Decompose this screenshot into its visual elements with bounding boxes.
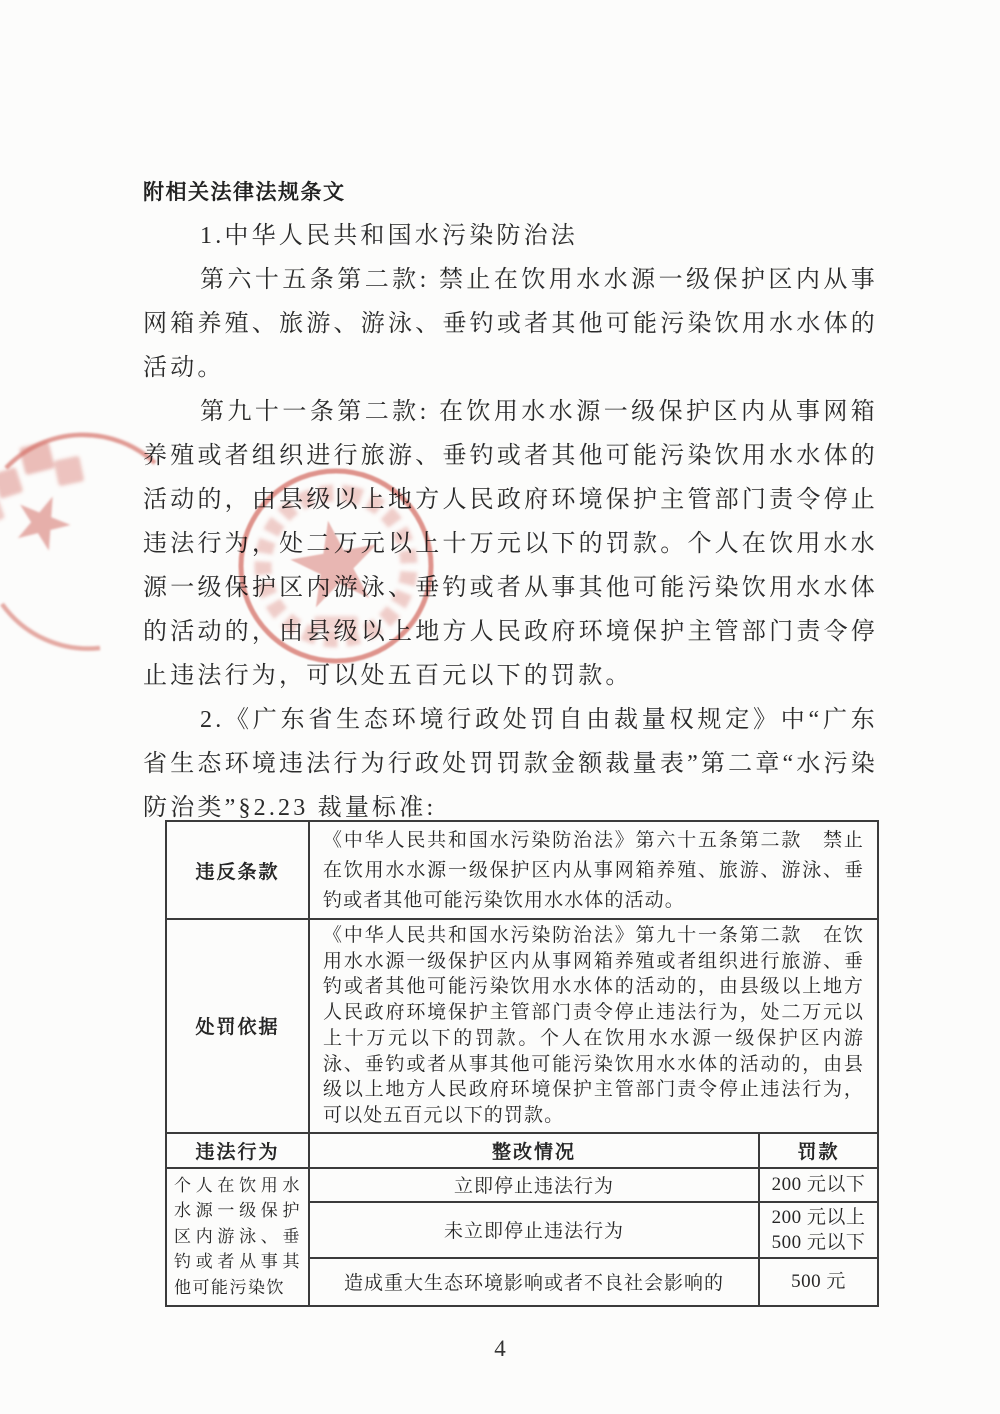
penalty-basis-content: 《中华人民共和国水污染防治法》第九十一条第二款 在饮用水水源一级保护区内从事网箱… <box>309 919 878 1133</box>
penalty-basis-label: 处罚依据 <box>166 919 309 1133</box>
paragraph-law-title: 1.中华人民共和国水污染防治法 <box>143 214 878 258</box>
violated-clause-label: 违反条款 <box>166 821 309 919</box>
scanned-document-page: 附相关法律法规条文 1.中华人民共和国水污染防治法 第六十五条第二款: 禁止在饮… <box>0 0 1000 1414</box>
paragraph-guangdong-regulation: 2.《广东省生态环境行政处罚自由裁量权规定》中“广东省生态环境违法行为行政处罚罚… <box>143 698 878 830</box>
section-heading: 附相关法律法规条文 <box>143 170 878 214</box>
situation-cell: 未立即停止违法行为 <box>309 1202 759 1258</box>
paragraph-article-65: 第六十五条第二款: 禁止在饮用水水源一级保护区内从事网箱养殖、旅游、游泳、垂钓或… <box>143 258 878 390</box>
situation-cell: 立即停止违法行为 <box>309 1168 759 1202</box>
header-situation: 整改情况 <box>309 1133 759 1168</box>
header-violation: 违法行为 <box>166 1133 309 1168</box>
paragraph-article-91: 第九十一条第二款: 在饮用水水源一级保护区内从事网箱养殖或者组织进行旅游、垂钓或… <box>143 390 878 698</box>
document-body: 附相关法律法规条文 1.中华人民共和国水污染防治法 第六十五条第二款: 禁止在饮… <box>143 170 878 830</box>
page-number: 4 <box>0 1336 1000 1362</box>
violated-clause-content: 《中华人民共和国水污染防治法》第六十五条第二款 禁止在饮用水水源一级保护区内从事… <box>309 821 878 919</box>
table-row: 处罚依据 《中华人民共和国水污染防治法》第九十一条第二款 在饮用水水源一级保护区… <box>166 919 878 1133</box>
fine-cell: 500 元 <box>759 1258 878 1306</box>
situation-cell: 造成重大生态环境影响或者不良社会影响的 <box>309 1258 759 1306</box>
violation-description-cell: 个人在饮用水水源一级保护区内游泳、垂钓或者从事其他可能污染饮 <box>166 1168 309 1306</box>
table-row: 违反条款 《中华人民共和国水污染防治法》第六十五条第二款 禁止在饮用水水源一级保… <box>166 821 878 919</box>
table-header-row: 违法行为 整改情况 罚款 <box>166 1133 878 1168</box>
penalty-standard-table: 违反条款 《中华人民共和国水污染防治法》第六十五条第二款 禁止在饮用水水源一级保… <box>165 820 879 1307</box>
fine-cell: 200 元以下 <box>759 1168 878 1202</box>
table-row: 个人在饮用水水源一级保护区内游泳、垂钓或者从事其他可能污染饮 立即停止违法行为 … <box>166 1168 878 1202</box>
fine-cell: 200 元以上 500 元以下 <box>759 1202 878 1258</box>
header-fine: 罚款 <box>759 1133 878 1168</box>
